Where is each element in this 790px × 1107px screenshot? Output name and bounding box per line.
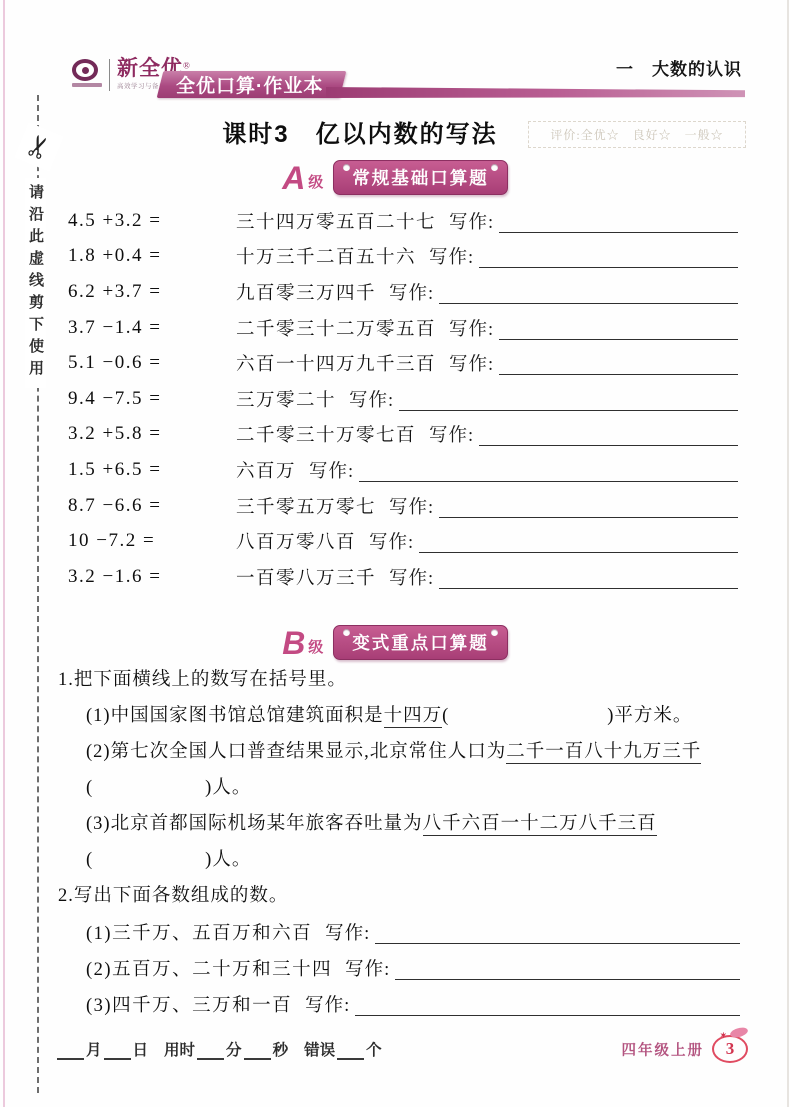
calc-expression: 3.2 −1.6 = bbox=[68, 566, 236, 588]
leaf-icon bbox=[729, 1025, 749, 1040]
q1-item-1: (1)中国国家图书馆总馆建筑面积是十四万()平方米。 bbox=[58, 698, 740, 734]
q1-item-2: (2)第七次全国人口普查结果显示,北京常住人口为二千一百八十九万三千 bbox=[58, 734, 740, 770]
footer-right: 四年级上册 ✶ 3 bbox=[622, 1035, 749, 1063]
minutes-blank[interactable] bbox=[197, 1046, 224, 1060]
q1-item-2-answer-line: ()人。 bbox=[58, 770, 740, 806]
problem-row: 3.2 +5.8 = 二千零三十万零七百 写作: bbox=[68, 417, 738, 453]
answer-line[interactable] bbox=[499, 351, 738, 375]
question-1-title: 1.把下面横线上的数写在括号里。 bbox=[58, 662, 740, 698]
calc-expression: 4.5 +3.2 = bbox=[68, 210, 236, 232]
chinese-number: 三千零五万零七 bbox=[236, 493, 376, 519]
chinese-number: 九百零三万四千 bbox=[236, 279, 376, 305]
problem-row: 3.7 −1.4 = 二千零三十二万零五百 写作: bbox=[68, 310, 738, 346]
chinese-number: 二千零三十万零七百 bbox=[236, 421, 416, 447]
q2-item-2: (2)五百万、二十万和三十四 写作: bbox=[58, 950, 740, 986]
chinese-number: 八百万零八百 bbox=[236, 528, 356, 554]
calc-expression: 1.8 +0.4 = bbox=[68, 245, 236, 267]
q1-item-2-underlined: 二千一百八十九万三千 bbox=[506, 742, 701, 764]
footer: 月 日 用时 分 秒 错误 个 四年级上册 ✶ 3 bbox=[55, 1035, 748, 1063]
q1-item-3-answer-line: ()人。 bbox=[58, 842, 740, 878]
chinese-number: 十万三千二百五十六 bbox=[236, 243, 416, 269]
answer-line[interactable] bbox=[355, 992, 740, 1016]
series-banner: 全优口算·作业本 bbox=[157, 71, 347, 98]
write-as-label: 写作: bbox=[325, 919, 370, 945]
q2-item-1-text: (1)三千万、五百万和六百 bbox=[86, 919, 312, 945]
open-paren: ( bbox=[86, 850, 93, 870]
write-as-label: 写作: bbox=[389, 279, 434, 305]
problem-row: 8.7 −6.6 = 三千零五万零七 写作: bbox=[68, 488, 738, 524]
banner-ribbon bbox=[326, 87, 745, 98]
write-as-label: 写作: bbox=[449, 208, 494, 234]
registered-mark: ® bbox=[183, 61, 190, 71]
rating-box[interactable]: 评价:全优☆ 良好☆ 一般☆ bbox=[528, 121, 746, 148]
write-as-label: 写作: bbox=[309, 457, 354, 483]
section-b-content: 1.把下面横线上的数写在括号里。 (1)中国国家图书馆总馆建筑面积是十四万()平… bbox=[58, 662, 740, 1023]
chinese-number: 六百一十四万九千三百 bbox=[236, 350, 436, 376]
logo-divider bbox=[109, 59, 110, 91]
month-label: 月 bbox=[86, 1038, 102, 1060]
calc-expression: 10 −7.2 = bbox=[68, 530, 236, 552]
q2-item-3: (3)四千万、三万和一百 写作: bbox=[58, 986, 740, 1022]
q1-item-1-underlined: 十四万 bbox=[384, 706, 443, 728]
errors-blank[interactable] bbox=[337, 1046, 364, 1060]
q1-item-2-close: )人。 bbox=[205, 778, 251, 798]
section-a-badge: 常规基础口算题 bbox=[333, 160, 508, 195]
write-as-label: 写作: bbox=[429, 243, 474, 269]
duration-label: 用时 bbox=[164, 1038, 195, 1060]
calc-expression: 8.7 −6.6 = bbox=[68, 495, 236, 517]
calc-expression: 5.1 −0.6 = bbox=[68, 352, 236, 374]
answer-line[interactable] bbox=[479, 422, 738, 446]
problem-row: 4.5 +3.2 = 三十四万零五百二十七 写作: bbox=[68, 203, 738, 239]
answer-line[interactable] bbox=[499, 209, 738, 233]
chinese-number: 一百零八万三千 bbox=[236, 564, 376, 590]
day-label: 日 bbox=[133, 1038, 149, 1060]
unit-label: 一 大数的认识 bbox=[616, 55, 742, 80]
answer-line[interactable] bbox=[375, 920, 740, 944]
write-as-label: 写作: bbox=[389, 564, 434, 590]
answer-line[interactable] bbox=[439, 280, 738, 304]
q2-item-2-text: (2)五百万、二十万和三十四 bbox=[86, 955, 332, 981]
series-banner-label: 全优口算·作业本 bbox=[176, 71, 323, 98]
write-as-label: 写作: bbox=[449, 350, 494, 376]
cut-note-vertical-text: 请沿此虚线剪下使用 bbox=[25, 178, 46, 388]
q2-item-1: (1)三千万、五百万和六百 写作: bbox=[58, 914, 740, 950]
problem-row: 3.2 −1.6 = 一百零八万三千 写作: bbox=[68, 559, 738, 595]
q2-item-3-text: (3)四千万、三万和一百 bbox=[86, 991, 292, 1017]
section-a-problems: 4.5 +3.2 = 三十四万零五百二十七 写作: 1.8 +0.4 = 十万三… bbox=[68, 203, 738, 595]
page-number-badge: ✶ 3 bbox=[712, 1035, 748, 1063]
write-as-label: 写作: bbox=[345, 955, 390, 981]
section-b-header: B 级 变式重点口算题 bbox=[0, 625, 790, 660]
answer-line[interactable] bbox=[439, 565, 738, 589]
open-paren: ( bbox=[86, 778, 93, 798]
logo-ring-icon bbox=[72, 57, 102, 87]
errors-unit-label: 个 bbox=[366, 1038, 382, 1060]
write-as-label: 写作: bbox=[305, 991, 350, 1017]
q1-item-3-text: (3)北京首都国际机场某年旅客吞吐量为 bbox=[86, 814, 423, 834]
problem-row: 1.8 +0.4 = 十万三千二百五十六 写作: bbox=[68, 239, 738, 275]
answer-line[interactable] bbox=[439, 494, 738, 518]
errors-label: 错误 bbox=[304, 1038, 335, 1060]
section-a-header: A 级 常规基础口算题 bbox=[0, 160, 790, 195]
chinese-number: 六百万 bbox=[236, 457, 296, 483]
problem-row: 6.2 +3.7 = 九百零三万四千 写作: bbox=[68, 274, 738, 310]
section-b-badge: 变式重点口算题 bbox=[333, 625, 508, 660]
answer-line[interactable] bbox=[419, 529, 738, 553]
calc-expression: 3.7 −1.4 = bbox=[68, 317, 236, 339]
q1-item-3: (3)北京首都国际机场某年旅客吞吐量为八千六百一十二万八千三百 bbox=[58, 806, 740, 842]
calc-expression: 3.2 +5.8 = bbox=[68, 423, 236, 445]
q1-item-1-text: (1)中国国家图书馆总馆建筑面积是 bbox=[86, 706, 384, 726]
write-as-label: 写作: bbox=[389, 493, 434, 519]
question-2-title: 2.写出下面各数组成的数。 bbox=[58, 878, 740, 914]
calc-expression: 9.4 −7.5 = bbox=[68, 388, 236, 410]
write-as-label: 写作: bbox=[349, 386, 394, 412]
chinese-number: 三十四万零五百二十七 bbox=[236, 208, 436, 234]
answer-line[interactable] bbox=[499, 316, 738, 340]
grade-label: 四年级上册 bbox=[622, 1039, 705, 1060]
answer-line[interactable] bbox=[479, 244, 738, 268]
write-as-label: 写作: bbox=[449, 315, 494, 341]
seconds-blank[interactable] bbox=[244, 1046, 271, 1060]
page-number: 3 bbox=[726, 1039, 735, 1059]
calc-expression: 6.2 +3.7 = bbox=[68, 281, 236, 303]
q1-item-2-text: (2)第七次全国人口普查结果显示,北京常住人口为 bbox=[86, 742, 506, 762]
answer-line[interactable] bbox=[399, 387, 738, 411]
problem-row: 10 −7.2 = 八百万零八百 写作: bbox=[68, 523, 738, 559]
answer-line[interactable] bbox=[395, 956, 740, 980]
date-month-blank[interactable] bbox=[57, 1046, 84, 1060]
chinese-number: 三万零二十 bbox=[236, 386, 336, 412]
answer-line[interactable] bbox=[359, 458, 738, 482]
q1-item-3-underlined: 八千六百一十二万八千三百 bbox=[423, 814, 657, 836]
minute-label: 分 bbox=[226, 1038, 242, 1060]
problem-row: 9.4 −7.5 = 三万零二十 写作: bbox=[68, 381, 738, 417]
section-a-letter: A bbox=[282, 163, 305, 193]
section-b-suffix: 级 bbox=[308, 636, 323, 657]
q1-item-1-close: )平方米。 bbox=[607, 706, 692, 726]
section-a-suffix: 级 bbox=[308, 171, 323, 192]
date-day-blank[interactable] bbox=[104, 1046, 131, 1060]
chinese-number: 二千零三十二万零五百 bbox=[236, 315, 436, 341]
problem-row: 5.1 −0.6 = 六百一十四万九千三百 写作: bbox=[68, 345, 738, 381]
second-label: 秒 bbox=[273, 1038, 289, 1060]
time-tracker: 月 日 用时 分 秒 错误 个 bbox=[55, 1038, 382, 1060]
q1-item-3-close: )人。 bbox=[205, 850, 251, 870]
calc-expression: 1.5 +6.5 = bbox=[68, 459, 236, 481]
problem-row: 1.5 +6.5 = 六百万 写作: bbox=[68, 452, 738, 488]
open-paren: ( bbox=[442, 706, 449, 726]
star-icon: ✶ bbox=[720, 1031, 727, 1040]
write-as-label: 写作: bbox=[369, 528, 414, 554]
write-as-label: 写作: bbox=[429, 421, 474, 447]
section-b-letter: B bbox=[282, 628, 305, 658]
